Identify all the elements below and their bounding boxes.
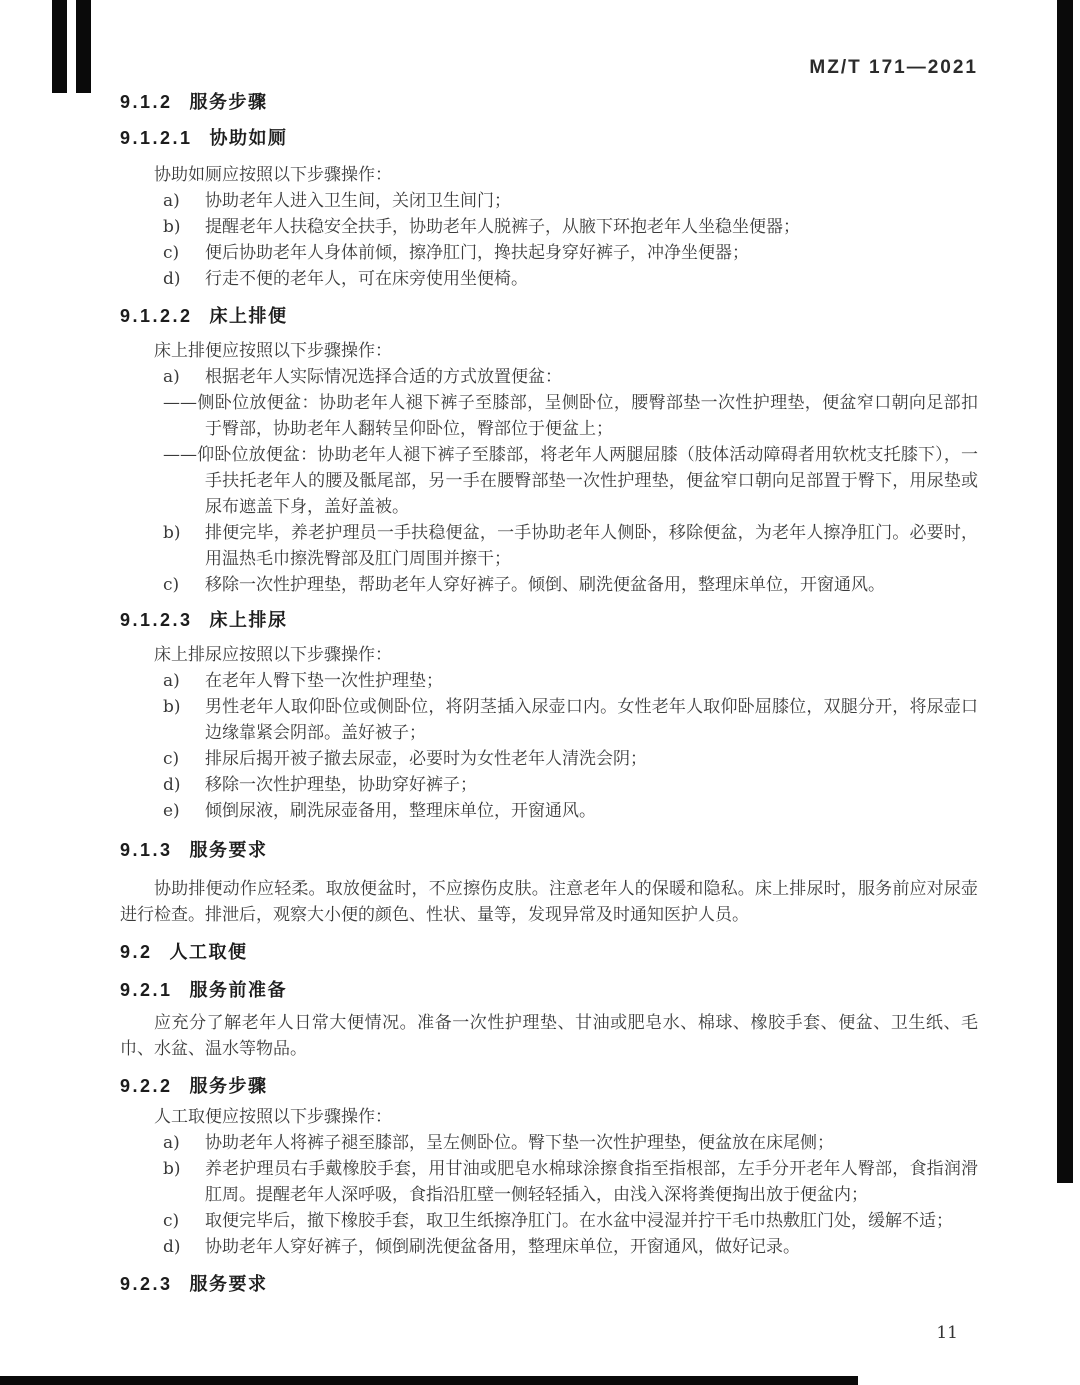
- section-number: 9.2.3: [120, 1274, 173, 1294]
- section-number: 9.2: [120, 942, 153, 962]
- section-title: 服务要求: [190, 1274, 268, 1294]
- list-item-label: c): [163, 1208, 205, 1234]
- section-number: 9.1.2.1: [120, 128, 193, 148]
- standard-number: MZ/T 171—2021: [809, 57, 978, 79]
- list-item: b) 男性老年人取仰卧位或侧卧位，将阴茎插入尿壶口内。女性老年人取仰卧屈膝位，双…: [120, 694, 978, 746]
- section-heading-9-1-3: 9.1.3服务要求: [120, 838, 978, 862]
- list-item-label: b): [163, 520, 205, 572]
- list-item: c) 排尿后揭开被子撤去尿壶，必要时为女性老年人清洗会阴；: [120, 746, 978, 772]
- section-heading-9-1-2: 9.1.2服务步骤: [120, 90, 978, 114]
- scan-artifact-top-left-bar-2: [76, 0, 91, 93]
- document-body: 9.1.2服务步骤 9.1.2.1协助如厕 协助如厕应按照以下步骤操作： a) …: [120, 84, 978, 1296]
- section-heading-9-2-3: 9.2.3服务要求: [120, 1272, 978, 1296]
- list-item-text: 协助老年人将裤子褪至膝部，呈左侧卧位。臀下垫一次性护理垫，便盆放在床尾侧；: [205, 1130, 978, 1156]
- list-item-text: 便后协助老年人身体前倾，擦净肛门，搀扶起身穿好裤子，冲净坐便器；: [205, 240, 978, 266]
- section-heading-9-2-1: 9.2.1服务前准备: [120, 978, 978, 1002]
- section-number: 9.1.2.3: [120, 610, 193, 630]
- list-item-text: 在老年人臀下垫一次性护理垫；: [205, 668, 978, 694]
- section-heading-9-1-2-2: 9.1.2.2床上排便: [120, 304, 978, 328]
- section-title: 服务步骤: [190, 1076, 268, 1096]
- list-item-label: b): [163, 1156, 205, 1208]
- list-item: a) 在老年人臀下垫一次性护理垫；: [120, 668, 978, 694]
- list-item-label: a): [163, 364, 205, 390]
- intro-paragraph: 协助如厕应按照以下步骤操作：: [120, 162, 978, 188]
- list-item: a) 协助老年人将裤子褪至膝部，呈左侧卧位。臀下垫一次性护理垫，便盆放在床尾侧；: [120, 1130, 978, 1156]
- list-item-text: 排尿后揭开被子撤去尿壶，必要时为女性老年人清洗会阴；: [205, 746, 978, 772]
- section-heading-9-1-2-3: 9.1.2.3床上排尿: [120, 608, 978, 632]
- section-heading-9-1-2-1: 9.1.2.1协助如厕: [120, 126, 978, 150]
- list-item-text: 提醒老年人扶稳安全扶手，协助老年人脱裤子，从腋下环抱老年人坐稳坐便器；: [205, 214, 978, 240]
- body-paragraph: 应充分了解老年人日常大便情况。准备一次性护理垫、甘油或肥皂水、棉球、橡胶手套、便…: [120, 1010, 978, 1062]
- list-item-label: c): [163, 240, 205, 266]
- dash-item: ——侧卧位放便盆：协助老年人褪下裤子至膝部，呈侧卧位，腰臀部垫一次性护理垫，便盆…: [120, 390, 978, 442]
- list-item-label: d): [163, 772, 205, 798]
- intro-paragraph: 床上排便应按照以下步骤操作：: [120, 338, 978, 364]
- section-number: 9.1.2.2: [120, 306, 193, 326]
- list-item-text: 行走不便的老年人，可在床旁使用坐便椅。: [205, 266, 978, 292]
- list-item: c) 取便完毕后，撤下橡胶手套，取卫生纸擦净肛门。在水盆中浸湿并拧干毛巾热敷肛门…: [120, 1208, 978, 1234]
- list-item: a) 协助老年人进入卫生间，关闭卫生间门；: [120, 188, 978, 214]
- list-item-label: a): [163, 668, 205, 694]
- list-item-text: 倾倒尿液，刷洗尿壶备用，整理床单位，开窗通风。: [205, 798, 978, 824]
- section-title: 服务要求: [190, 840, 268, 860]
- list-item: a) 根据老年人实际情况选择合适的方式放置便盆：: [120, 364, 978, 390]
- scan-artifact-right-bar: [1057, 0, 1073, 1183]
- list-item-text: 取便完毕后，撤下橡胶手套，取卫生纸擦净肛门。在水盆中浸湿并拧干毛巾热敷肛门处，缓…: [205, 1208, 978, 1234]
- section-heading-9-2: 9.2人工取便: [120, 940, 978, 964]
- page-number: 11: [936, 1323, 958, 1343]
- list-item-label: a): [163, 1130, 205, 1156]
- list-item-text: 移除一次性护理垫，协助穿好裤子；: [205, 772, 978, 798]
- list-item-label: b): [163, 694, 205, 746]
- list-item-label: d): [163, 266, 205, 292]
- scan-artifact-top-left-bar-1: [52, 0, 67, 93]
- section-title: 人工取便: [170, 942, 248, 962]
- body-paragraph: 协助排便动作应轻柔。取放便盆时，不应擦伤皮肤。注意老年人的保暖和隐私。床上排尿时…: [120, 876, 978, 928]
- list-item: e) 倾倒尿液，刷洗尿壶备用，整理床单位，开窗通风。: [120, 798, 978, 824]
- section-title: 协助如厕: [210, 128, 288, 148]
- list-item-text: 男性老年人取仰卧位或侧卧位，将阴茎插入尿壶口内。女性老年人取仰卧屈膝位，双腿分开…: [205, 694, 978, 746]
- list-item: d) 移除一次性护理垫，协助穿好裤子；: [120, 772, 978, 798]
- list-item: b) 排便完毕，养老护理员一手扶稳便盆，一手协助老年人侧卧，移除便盆，为老年人擦…: [120, 520, 978, 572]
- section-number: 9.2.2: [120, 1076, 173, 1096]
- section-title: 床上排尿: [210, 610, 288, 630]
- list-item-text: 养老护理员右手戴橡胶手套，用甘油或肥皂水棉球涂擦食指至指根部，左手分开老年人臀部…: [205, 1156, 978, 1208]
- list-item-text: 协助老年人穿好裤子，倾倒刷洗便盆备用，整理床单位，开窗通风，做好记录。: [205, 1234, 978, 1260]
- section-heading-9-2-2: 9.2.2服务步骤: [120, 1074, 978, 1098]
- list-item-label: a): [163, 188, 205, 214]
- list-item-label: b): [163, 214, 205, 240]
- list-item: c) 移除一次性护理垫，帮助老年人穿好裤子。倾倒、刷洗便盆备用，整理床单位，开窗…: [120, 572, 978, 598]
- list-item-label: e): [163, 798, 205, 824]
- list-item-text: 根据老年人实际情况选择合适的方式放置便盆：: [205, 364, 978, 390]
- list-item-text: 协助老年人进入卫生间，关闭卫生间门；: [205, 188, 978, 214]
- scan-artifact-bottom-line: [0, 1376, 858, 1385]
- dash-item: ——仰卧位放便盆：协助老年人褪下裤子至膝部，将老年人两腿屈膝（肢体活动障碍者用软…: [120, 442, 978, 520]
- section-number: 9.1.2: [120, 92, 173, 112]
- list-item: b) 养老护理员右手戴橡胶手套，用甘油或肥皂水棉球涂擦食指至指根部，左手分开老年…: [120, 1156, 978, 1208]
- list-item: d) 行走不便的老年人，可在床旁使用坐便椅。: [120, 266, 978, 292]
- section-title: 床上排便: [210, 306, 288, 326]
- list-item-label: d): [163, 1234, 205, 1260]
- list-item-label: c): [163, 572, 205, 598]
- section-number: 9.2.1: [120, 980, 173, 1000]
- list-item-label: c): [163, 746, 205, 772]
- list-item-text: 移除一次性护理垫，帮助老年人穿好裤子。倾倒、刷洗便盆备用，整理床单位，开窗通风。: [205, 572, 978, 598]
- list-item: b) 提醒老年人扶稳安全扶手，协助老年人脱裤子，从腋下环抱老年人坐稳坐便器；: [120, 214, 978, 240]
- section-title: 服务步骤: [190, 92, 268, 112]
- list-item-text: 排便完毕，养老护理员一手扶稳便盆，一手协助老年人侧卧，移除便盆，为老年人擦净肛门…: [205, 520, 978, 572]
- list-item: c) 便后协助老年人身体前倾，擦净肛门，搀扶起身穿好裤子，冲净坐便器；: [120, 240, 978, 266]
- intro-paragraph: 人工取便应按照以下步骤操作：: [120, 1104, 978, 1130]
- section-title: 服务前准备: [190, 980, 288, 1000]
- intro-paragraph: 床上排尿应按照以下步骤操作：: [120, 642, 978, 668]
- list-item: d) 协助老年人穿好裤子，倾倒刷洗便盆备用，整理床单位，开窗通风，做好记录。: [120, 1234, 978, 1260]
- section-number: 9.1.3: [120, 840, 173, 860]
